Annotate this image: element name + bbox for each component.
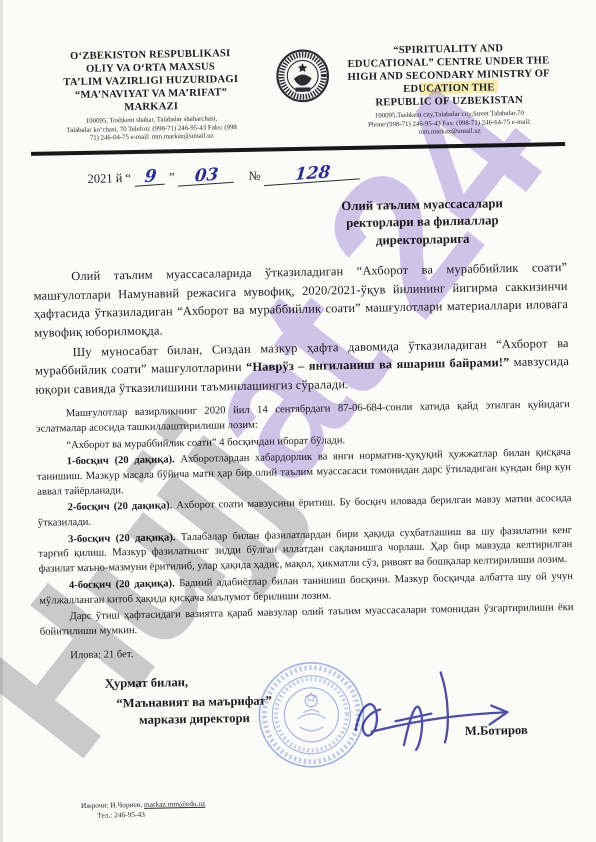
- letterhead-right-english: “SPIRITUALITY ANDEDUCATIONAL” CENTRE UND…: [333, 41, 565, 139]
- org-title-english: “SPIRITUALITY ANDEDUCATIONAL” CENTRE UND…: [333, 41, 564, 110]
- number-sign: №: [248, 168, 260, 183]
- executor-footer: Ижрочи: И.Чориев, markaz.mm@edu.uz Тел.:…: [81, 792, 577, 820]
- paragraph-text: “Ахборот ва мураббийлик соати” 4 босқичд…: [66, 435, 345, 451]
- body-paragraph: 3-босқич (20 дақиқа). Талабалар билан фа…: [38, 524, 573, 578]
- paragraph-bold-text: “Наврўз – янгиланиш ва яшариш байрами!”: [246, 355, 510, 374]
- letterhead: O‘ZBEKISTON RESPUBLIKASIOLIY VA O‘RTA MA…: [29, 41, 565, 145]
- paragraph-bold-text: 1-босқич (20 дақиқа).: [67, 455, 175, 468]
- text-line: директорларига: [289, 229, 557, 251]
- org-address-english: 100095,Tashkent city,Talabalar city,Stre…: [334, 109, 564, 139]
- handwritten-day: 9: [134, 168, 165, 186]
- date-number-line: 2021 й “ 9 ” 03 № 128: [87, 162, 565, 187]
- handwritten-month: 03: [178, 166, 235, 186]
- body-paragraph: 1-босқич (20 дақиқа). Ахборотлардан хаба…: [37, 446, 572, 500]
- state-emblem-wrap: [271, 45, 334, 104]
- letter-sheet: O‘ZBEKISTON RESPUBLIKASIOLIY VA O‘RTA MA…: [0, 0, 596, 842]
- paragraph-text: Олий таълим муассасаларида ўтказиладиган…: [34, 260, 569, 339]
- executor-name: Ижрочи: И.Чориев,: [81, 800, 144, 810]
- paragraph-text: Дарс ўтиш ҳафтасидаги вазиятга қараб мав…: [40, 602, 574, 637]
- org-address-uzbek: 100095, Toshkent shahar, Talabalar shaha…: [30, 114, 272, 144]
- letter-body: Олий таълим муассасаларида ўтказиладиган…: [33, 258, 574, 664]
- signature-block: Ҳурмат билан, “Маънавият ва маърифат” ма…: [41, 668, 577, 782]
- date-prefix: 2021 й “: [87, 171, 131, 187]
- addressee-block: Олий таълим муассасалариректорлари ва фи…: [288, 194, 557, 251]
- org-title-uzbek: O‘ZBEKISTON RESPUBLIKASIOLIY VA O‘RTA MA…: [29, 46, 272, 115]
- letterhead-left-uzbek: O‘ZBEKISTON RESPUBLIKASIOLIY VA O‘RTA MA…: [29, 46, 273, 144]
- text-line: REPUBLIC OF UZBEKISTAN: [334, 93, 564, 110]
- paragraph-bold-text: 3-босқич (20 дақиқа).: [68, 532, 176, 545]
- paragraph-bold-text: 4-босқич (20 дақиқа).: [69, 578, 175, 591]
- signature-scribble: [336, 655, 548, 771]
- paragraph-bold-text: 2-босқич (20 дақиқа).: [67, 501, 172, 514]
- uzbekistan-coat-of-arms-icon: [274, 47, 331, 104]
- scanned-letter-page: O‘ZBEKISTON RESPUBLIKASIOLIY VA O‘RTA MA…: [0, 0, 596, 842]
- body-paragraph: Шу муносабат билан, Сиздан мазкур ҳафта …: [35, 334, 570, 399]
- body-paragraph: Олий таълим муассасаларида ўтказиладиган…: [33, 258, 568, 341]
- handwritten-doc-number: 128: [264, 163, 361, 186]
- paragraph-text: Илова: 21 бет.: [70, 649, 133, 661]
- executor-email: markaz.mm@edu.uz: [144, 799, 206, 809]
- header-divider-rule: [31, 142, 565, 156]
- date-close-quote: ”: [169, 170, 175, 185]
- paragraph-text: Машғулотлар вазирликнинг 2020 йил 14 сен…: [36, 399, 570, 434]
